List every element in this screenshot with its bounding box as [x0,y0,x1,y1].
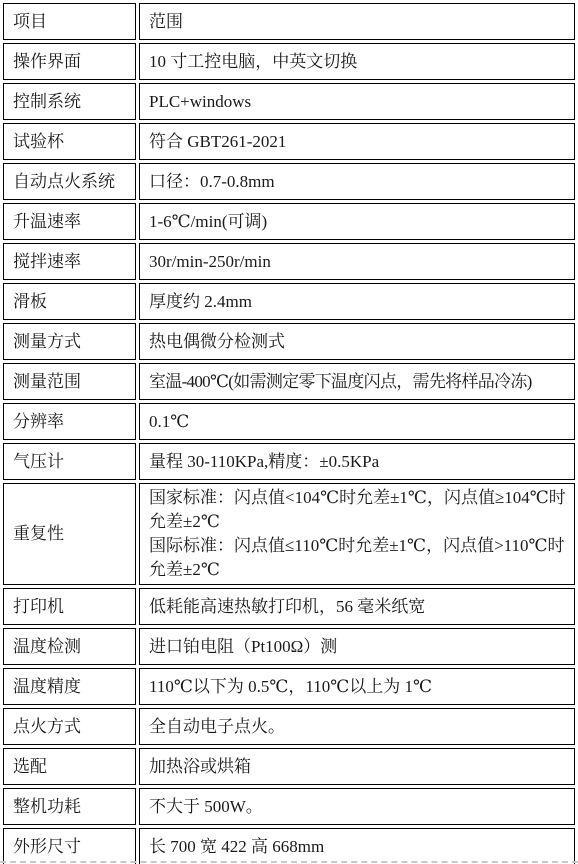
spec-item-cell: 测量方式 [3,323,136,360]
table-row: 选配 加热浴或烘箱 [3,748,575,785]
table-row: 温度检测 进口铂电阻（Pt100Ω）测 [3,628,575,665]
spec-value-cell: 国家标准：闪点值<104℃时允差±1℃，闪点值≥104℃时允差±2℃ 国际标准：… [139,483,575,585]
table-row: 自动点火系统 口径：0.7-0.8mm [3,163,575,200]
spec-value-cell: 室温-400℃(如需测定零下温度闪点，需先将样品冷冻) [139,363,575,400]
spec-value-cell: 厚度约 2.4mm [139,283,575,320]
table-row: 重复性 国家标准：闪点值<104℃时允差±1℃，闪点值≥104℃时允差±2℃ 国… [3,483,575,585]
spec-value-cell: 热电偶微分检测式 [139,323,575,360]
spec-value-cell: 量程 30-110KPa,精度：±0.5KPa [139,443,575,480]
spec-item-cell: 气压计 [3,443,136,480]
spec-value-cell: 进口铂电阻（Pt100Ω）测 [139,628,575,665]
spec-table: 项目 范围 操作界面 10 寸工控电脑，中英文切换 控制系统 PLC+windo… [0,0,578,864]
spec-table-body: 项目 范围 操作界面 10 寸工控电脑，中英文切换 控制系统 PLC+windo… [3,3,575,864]
spec-item-cell: 重复性 [3,483,136,585]
spec-item-cell: 分辨率 [3,403,136,440]
spec-value-cell: 10 寸工控电脑，中英文切换 [139,43,575,80]
spec-item-cell: 温度精度 [3,668,136,705]
table-row: 测量方式 热电偶微分检测式 [3,323,575,360]
spec-value-cell: 范围 [139,3,575,40]
table-row: 升温速率 1-6℃/min(可调) [3,203,575,240]
spec-item-cell: 控制系统 [3,83,136,120]
spec-item-cell: 搅拌速率 [3,243,136,280]
spec-item-cell: 项目 [3,3,136,40]
table-row: 温度精度 110℃以下为 0.5℃，110℃以上为 1℃ [3,668,575,705]
spec-item-cell: 自动点火系统 [3,163,136,200]
spec-value-cell: 加热浴或烘箱 [139,748,575,785]
spec-value-cell: 1-6℃/min(可调) [139,203,575,240]
table-row: 气压计 量程 30-110KPa,精度：±0.5KPa [3,443,575,480]
spec-value-cell: 低耗能高速热敏打印机，56 毫米纸宽 [139,588,575,625]
spec-value-cell: 长 700 宽 422 高 668mm [139,828,575,864]
table-row: 测量范围 室温-400℃(如需测定零下温度闪点，需先将样品冷冻) [3,363,575,400]
spec-item-cell: 升温速率 [3,203,136,240]
table-row: 外形尺寸 长 700 宽 422 高 668mm [3,828,575,864]
spec-value-cell: PLC+windows [139,83,575,120]
spec-value-cell: 110℃以下为 0.5℃，110℃以上为 1℃ [139,668,575,705]
table-row: 整机功耗 不大于 500W。 [3,788,575,825]
table-row: 分辨率 0.1℃ [3,403,575,440]
spec-value-cell: 不大于 500W。 [139,788,575,825]
table-row: 打印机 低耗能高速热敏打印机，56 毫米纸宽 [3,588,575,625]
table-row: 控制系统 PLC+windows [3,83,575,120]
spec-item-cell: 滑板 [3,283,136,320]
spec-item-cell: 温度检测 [3,628,136,665]
page-break-dashed-line [0,861,578,863]
spec-item-cell: 外形尺寸 [3,828,136,864]
spec-value-cell: 全自动电子点火。 [139,708,575,745]
spec-value-cell: 0.1℃ [139,403,575,440]
table-row: 点火方式 全自动电子点火。 [3,708,575,745]
spec-item-cell: 选配 [3,748,136,785]
spec-item-cell: 整机功耗 [3,788,136,825]
spec-value-cell: 符合 GBT261-2021 [139,123,575,160]
table-row: 滑板 厚度约 2.4mm [3,283,575,320]
spec-value-cell: 口径：0.7-0.8mm [139,163,575,200]
spec-item-cell: 试验杯 [3,123,136,160]
spec-item-cell: 打印机 [3,588,136,625]
document-page: { "document": { "type": "specification-t… [0,0,578,864]
spec-item-cell: 点火方式 [3,708,136,745]
table-row: 项目 范围 [3,3,575,40]
table-row: 试验杯 符合 GBT261-2021 [3,123,575,160]
table-row: 搅拌速率 30r/min-250r/min [3,243,575,280]
spec-item-cell: 操作界面 [3,43,136,80]
spec-item-cell: 测量范围 [3,363,136,400]
spec-value-cell: 30r/min-250r/min [139,243,575,280]
table-row: 操作界面 10 寸工控电脑，中英文切换 [3,43,575,80]
